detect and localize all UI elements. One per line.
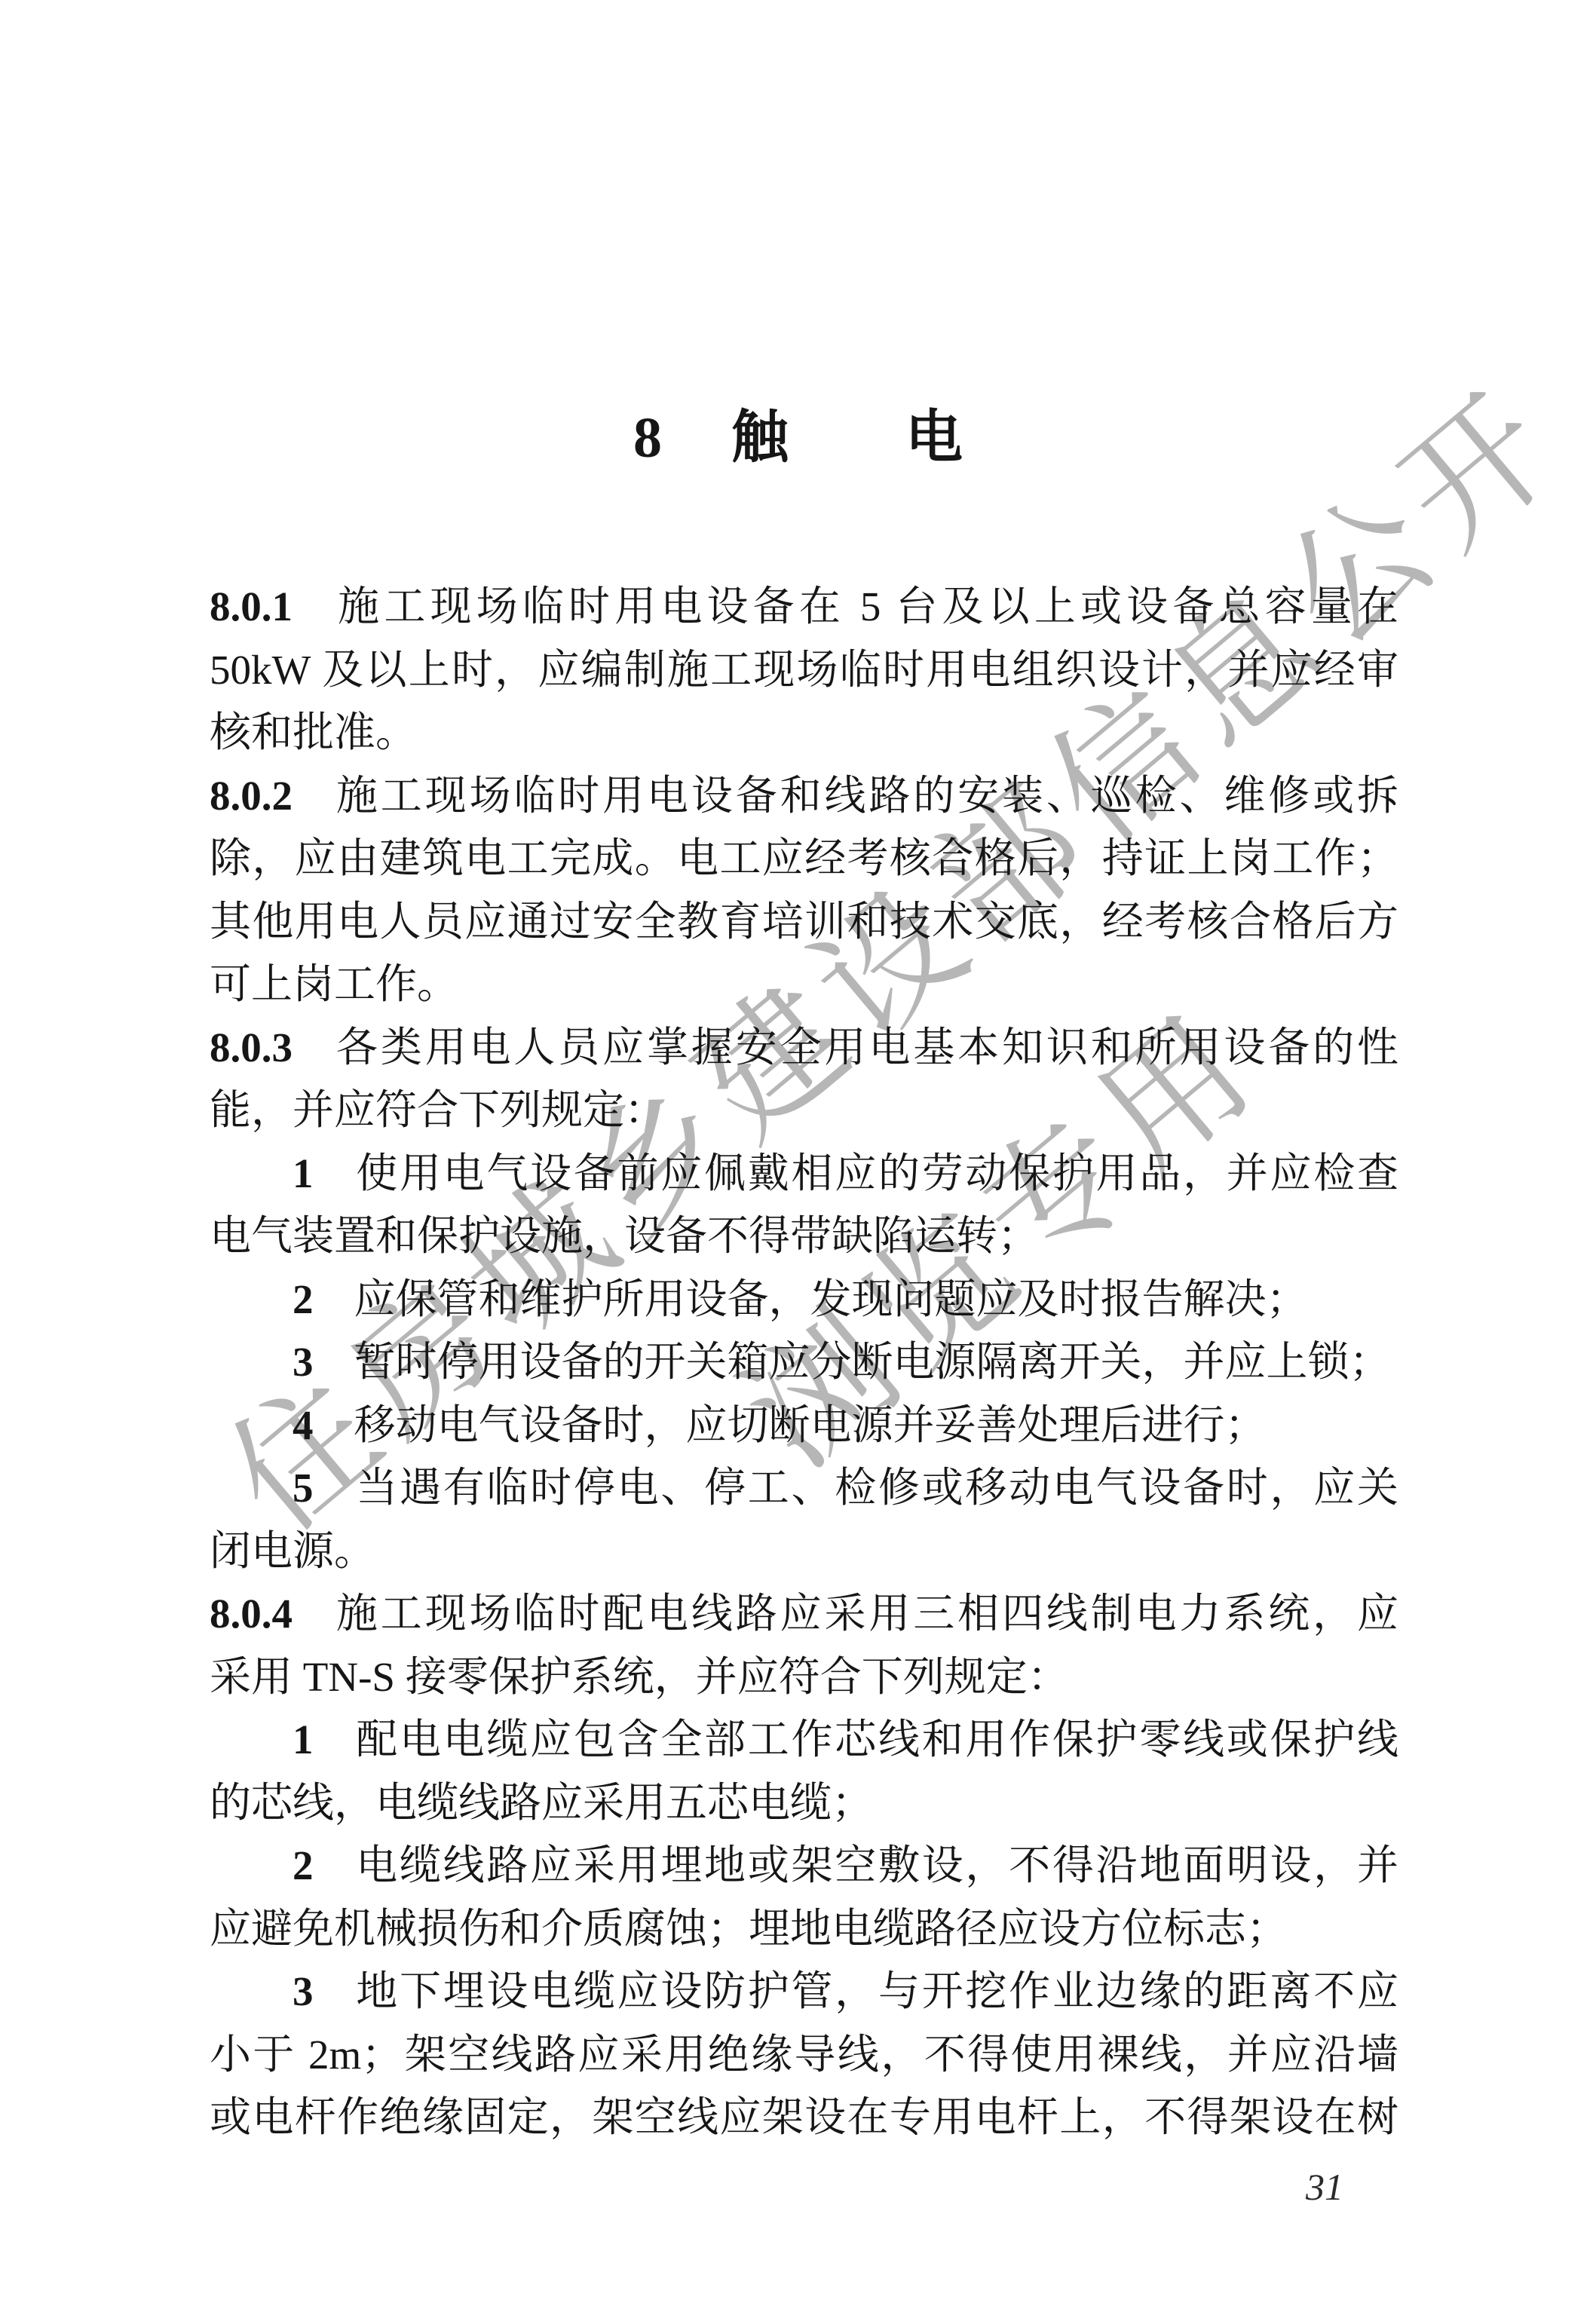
text-line: 8.0.1施工现场临时用电设备在 5 台及以上或设备总容量在 [210, 575, 1398, 638]
chapter-title: 8触电 [0, 400, 1596, 483]
section-number: 8.0.4 [210, 1591, 293, 1637]
line-text: 闭电源。 [210, 1528, 375, 1574]
line-text: 或电杆作绝缘固定，架空线应架设在专用电杆上，不得架设在树 [210, 2094, 1398, 2140]
line-text: 能，并应符合下列规定： [210, 1087, 666, 1133]
line-text: 当遇有临时停电、停工、检修或移动电气设备时，应关 [354, 1465, 1399, 1511]
text-line: 3地下埋设电缆应设防护管，与开挖作业边缘的距离不应 [210, 1960, 1398, 2023]
section-number: 8.0.3 [210, 1024, 293, 1070]
text-line: 应避免机械损伤和介质腐蚀；埋地电缆路径应设方位标志； [210, 1897, 1398, 1961]
item-number: 1 [293, 1716, 314, 1762]
text-line: 除，应由建筑电工完成。电工应经考核合格后，持证上岗工作； [210, 827, 1398, 890]
item-number: 2 [293, 1276, 314, 1322]
item-number: 5 [293, 1465, 314, 1511]
text-line: 电气装置和保护设施，设备不得带缺陷运转； [210, 1205, 1398, 1268]
line-text: 核和批准。 [210, 709, 417, 755]
text-line: 2电缆线路应采用埋地或架空敷设，不得沿地面明设，并 [210, 1834, 1398, 1897]
text-line: 1使用电气设备前应佩戴相应的劳动保护用品，并应检查 [210, 1142, 1398, 1205]
line-text: 其他用电人员应通过安全教育培训和技术交底，经考核合格后方 [210, 899, 1398, 945]
line-text: 应保管和维护所用设备，发现问题应及时报告解决； [354, 1276, 1308, 1322]
line-text: 采用 TN-S 接零保护系统，并应符合下列规定： [210, 1654, 1069, 1700]
line-text: 的芯线，电缆线路应采用五芯电缆； [210, 1780, 873, 1826]
text-line: 核和批准。 [210, 701, 1398, 764]
text-line: 能，并应符合下列规定： [210, 1079, 1398, 1142]
line-text: 施工现场临时用电设备和线路的安装、巡检、维修或拆 [333, 773, 1398, 819]
line-text: 应避免机械损伤和介质腐蚀；埋地电缆路径应设方位标志； [210, 1906, 1288, 1952]
chapter-name: 触电 [731, 406, 1080, 470]
line-text: 50kW 及以上时，应编制施工现场临时用电组织设计，并应经审 [210, 647, 1398, 693]
text-line: 5当遇有临时停电、停工、检修或移动电气设备时，应关 [210, 1456, 1398, 1520]
text-line: 的芯线，电缆线路应采用五芯电缆； [210, 1772, 1398, 1835]
text-line: 4移动电气设备时，应切断电源并妥善处理后进行； [210, 1394, 1398, 1457]
body-text: 8.0.1施工现场临时用电设备在 5 台及以上或设备总容量在 50kW 及以上时… [210, 575, 1398, 2149]
line-text: 施工现场临时配电线路应采用三相四线制电力系统，应 [333, 1591, 1398, 1637]
line-text: 电气装置和保护设施，设备不得带缺陷运转； [210, 1213, 1039, 1259]
line-text: 小于 2m；架空线路应采用绝缘导线，不得使用裸线，并应沿墙 [210, 2032, 1398, 2078]
text-line: 闭电源。 [210, 1520, 1398, 1583]
line-text: 使用电气设备前应佩戴相应的劳动保护用品，并应检查 [354, 1150, 1399, 1196]
line-text: 地下埋设电缆应设防护管，与开挖作业边缘的距离不应 [354, 1968, 1399, 2014]
text-line: 2应保管和维护所用设备，发现问题应及时报告解决； [210, 1268, 1398, 1331]
section-number: 8.0.2 [210, 773, 293, 819]
line-text: 各类用电人员应掌握安全用电基本知识和所用设备的性 [333, 1024, 1398, 1070]
item-number: 4 [293, 1402, 314, 1448]
section-number: 8.0.1 [210, 583, 293, 629]
page-number: 31 [1306, 2165, 1343, 2209]
line-text: 可上岗工作。 [210, 961, 458, 1007]
line-text: 施工现场临时用电设备在 5 台及以上或设备总容量在 [333, 583, 1398, 629]
text-line: 50kW 及以上时，应编制施工现场临时用电组织设计，并应经审 [210, 638, 1398, 702]
text-line: 8.0.4施工现场临时配电线路应采用三相四线制电力系统，应 [210, 1582, 1398, 1646]
text-line: 3暂时停用设备的开关箱应分断电源隔离开关，并应上锁； [210, 1331, 1398, 1394]
text-line: 采用 TN-S 接零保护系统，并应符合下列规定： [210, 1646, 1398, 1709]
item-number: 3 [293, 1339, 314, 1385]
text-line: 小于 2m；架空线路应采用绝缘导线，不得使用裸线，并应沿墙 [210, 2023, 1398, 2087]
text-line: 可上岗工作。 [210, 953, 1398, 1016]
text-line: 其他用电人员应通过安全教育培训和技术交底，经考核合格后方 [210, 890, 1398, 954]
item-number: 1 [293, 1150, 314, 1196]
text-line: 8.0.2施工现场临时用电设备和线路的安装、巡检、维修或拆 [210, 764, 1398, 828]
chapter-number: 8 [633, 406, 662, 470]
line-text: 电缆线路应采用埋地或架空敷设，不得沿地面明设，并 [354, 1842, 1399, 1888]
text-line: 或电杆作绝缘固定，架空线应架设在专用电杆上，不得架设在树 [210, 2086, 1398, 2149]
line-text: 除，应由建筑电工完成。电工应经考核合格后，持证上岗工作； [210, 835, 1398, 881]
item-number: 3 [293, 1968, 314, 2014]
line-text: 暂时停用设备的开关箱应分断电源隔离开关，并应上锁； [354, 1339, 1391, 1385]
item-number: 2 [293, 1842, 314, 1888]
line-text: 移动电气设备时，应切断电源并妥善处理后进行； [354, 1402, 1267, 1448]
document-page: 住房城乡建设部信息公开 浏览专用 8触电 8.0.1施工现场临时用电设备在 5 … [0, 0, 1596, 2312]
text-line: 1配电电缆应包含全部工作芯线和用作保护零线或保护线 [210, 1708, 1398, 1772]
text-line: 8.0.3各类用电人员应掌握安全用电基本知识和所用设备的性 [210, 1016, 1398, 1079]
line-text: 配电电缆应包含全部工作芯线和用作保护零线或保护线 [354, 1716, 1399, 1762]
